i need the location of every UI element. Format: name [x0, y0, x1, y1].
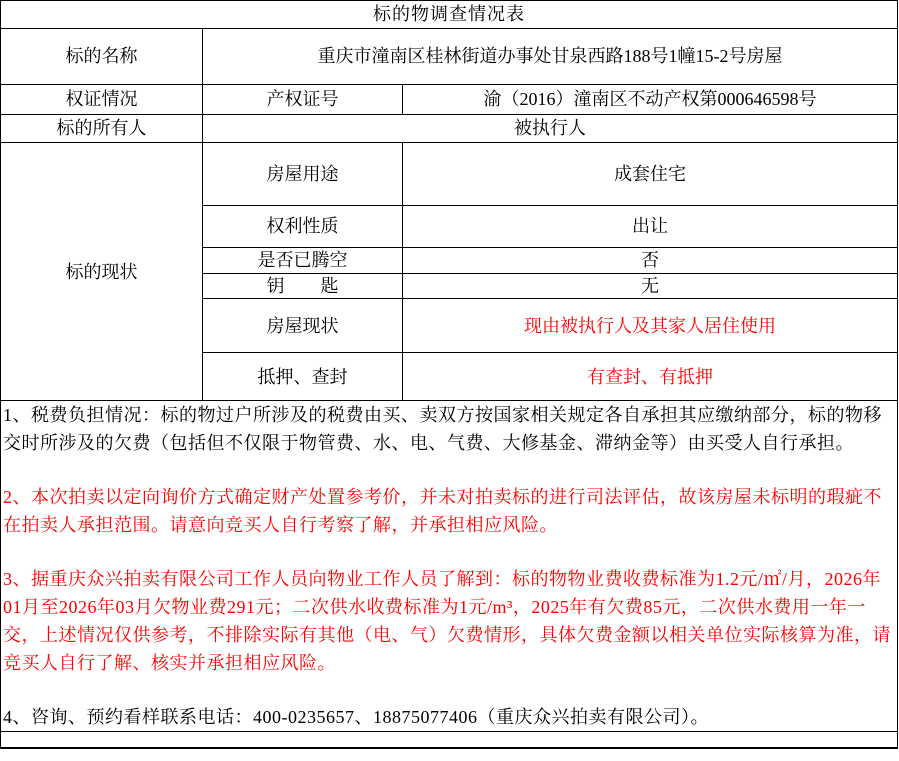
document-table: 标的物调查情况表 标的名称 重庆市潼南区桂林街道办事处甘泉西路188号1幢15-…	[0, 0, 898, 749]
key-value: 无	[403, 274, 898, 299]
usage-value: 成套住宅	[403, 143, 898, 206]
certificate-number-value: 渝（2016）潼南区不动产权第000646598号	[403, 85, 898, 115]
usage-label: 房屋用途	[203, 143, 403, 206]
current-state-label: 房屋现状	[203, 299, 403, 353]
status-section-label: 标的现状	[1, 143, 203, 401]
investigation-sheet: 标的物调查情况表 标的名称 重庆市潼南区桂林街道办事处甘泉西路188号1幢15-…	[0, 0, 899, 761]
right-nature-value: 出让	[403, 206, 898, 248]
mortgage-seizure-label: 抵押、查封	[203, 353, 403, 401]
subject-name-value: 重庆市潼南区桂林街道办事处甘泉西路188号1幢15-2号房屋	[203, 29, 898, 85]
notes-row: 1、税费负担情况：标的物过户所涉及的税费由买、卖双方按国家相关规定各自承担其应缴…	[1, 401, 898, 732]
mortgage-seizure-value: 有查封、有抵押	[403, 353, 898, 401]
title-row: 标的物调查情况表	[1, 1, 898, 29]
certificate-number-label: 产权证号	[203, 85, 403, 115]
owner-row: 标的所有人 被执行人	[1, 115, 898, 143]
vacated-label: 是否已腾空	[203, 248, 403, 274]
current-state-value: 现由被执行人及其家人居住使用	[403, 299, 898, 353]
subject-name-row: 标的名称 重庆市潼南区桂林街道办事处甘泉西路188号1幢15-2号房屋	[1, 29, 898, 85]
certificate-row: 权证情况 产权证号 渝（2016）潼南区不动产权第000646598号	[1, 85, 898, 115]
note-paragraph-taxes: 1、税费负担情况：标的物过户所涉及的税费由买、卖双方按国家相关规定各自承担其应缴…	[3, 401, 895, 457]
note-paragraph-valuation: 2、本次拍卖以定向询价方式确定财产处置参考价，并未对拍卖标的进行司法评估，故该房…	[3, 483, 895, 539]
owner-value: 被执行人	[203, 115, 898, 143]
owner-label: 标的所有人	[1, 115, 203, 143]
subject-name-label: 标的名称	[1, 29, 203, 85]
key-label: 钥 匙	[203, 274, 403, 299]
vacated-value: 否	[403, 248, 898, 274]
right-nature-label: 权利性质	[203, 206, 403, 248]
spacer-cell	[1, 732, 898, 749]
status-row-usage: 标的现状 房屋用途 成套住宅	[1, 143, 898, 206]
certificate-section-label: 权证情况	[1, 85, 203, 115]
page-title: 标的物调查情况表	[1, 1, 898, 29]
notes-cell: 1、税费负担情况：标的物过户所涉及的税费由买、卖双方按国家相关规定各自承担其应缴…	[1, 401, 898, 732]
spacer-row	[1, 732, 898, 749]
note-paragraph-fees: 3、据重庆众兴拍卖有限公司工作人员向物业工作人员了解到：标的物物业费收费标准为1…	[3, 565, 895, 677]
note-paragraph-contact: 4、咨询、预约看样联系电话：400-0235657、18875077406（重庆…	[3, 703, 895, 731]
